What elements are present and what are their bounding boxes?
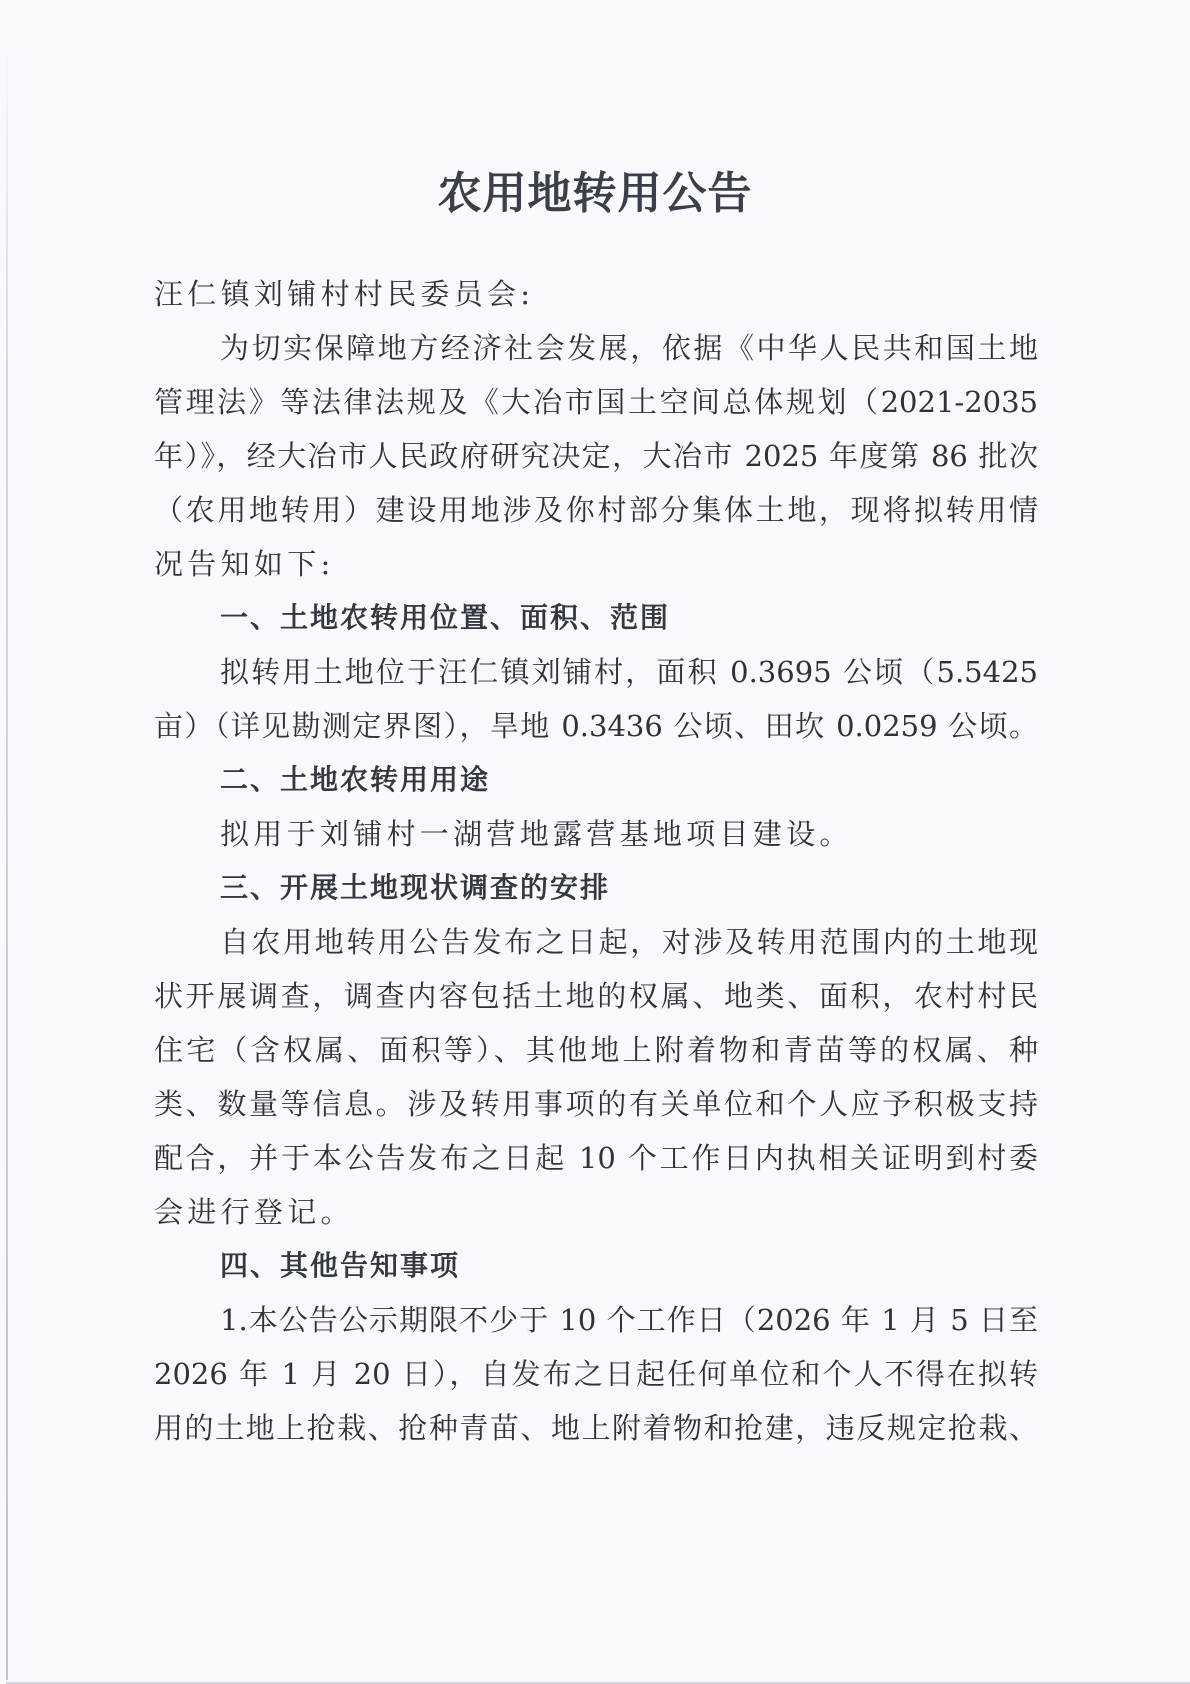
section-2-heading: 二、土地农转用用途 [220, 760, 1038, 800]
section-4-line-3: 用的土地上抢栽、抢种青苗、地上附着物和抢建，违反规定抢栽、 [154, 1408, 1038, 1448]
document-title: 农用地转用公告 [0, 166, 1190, 222]
intro-line-1: 为切实保障地方经济社会发展，依据《中华人民共和国土地 [220, 328, 1038, 368]
section-1-line-1: 拟转用土地位于汪仁镇刘铺村，面积 0.3695 公顷（5.5425 [220, 652, 1038, 692]
addressee: 汪仁镇刘铺村村民委员会: [154, 274, 1038, 314]
section-3-line-6: 会进行登记。 [154, 1192, 1038, 1232]
section-3-line-5: 配合，并于本公告发布之日起 10 个工作日内执相关证明到村委 [154, 1138, 1038, 1178]
intro-line-5: 况告知如下: [154, 544, 1038, 584]
section-2-line-1: 拟用于刘铺村一湖营地露营基地项目建设。 [220, 814, 1038, 854]
section-1-heading: 一、土地农转用位置、面积、范围 [220, 598, 1038, 638]
section-3-line-2: 状开展调查，调查内容包括土地的权属、地类、面积，农村村民 [154, 976, 1038, 1016]
section-3-line-3: 住宅（含权属、面积等）、其他地上附着物和青苗等的权属、种 [154, 1030, 1038, 1070]
section-3-line-1: 自农用地转用公告发布之日起，对涉及转用范围内的土地现 [220, 922, 1038, 962]
section-4-line-1: 1.本公告公示期限不少于 10 个工作日（2026 年 1 月 5 日至 [220, 1300, 1038, 1340]
section-4-line-2: 2026 年 1 月 20 日），自发布之日起任何单位和个人不得在拟转 [154, 1354, 1038, 1394]
document-page: 农用地转用公告 汪仁镇刘铺村村民委员会: 为切实保障地方经济社会发展，依据《中华… [0, 0, 1190, 1684]
section-3-line-4: 类、数量等信息。涉及转用事项的有关单位和个人应予积极支持 [154, 1084, 1038, 1124]
intro-line-4: （农用地转用）建设用地涉及你村部分集体土地，现将拟转用情 [154, 490, 1038, 530]
section-3-heading: 三、开展土地现状调查的安排 [220, 868, 1038, 908]
section-4-heading: 四、其他告知事项 [220, 1246, 1038, 1286]
intro-line-3: 年）》，经大冶市人民政府研究决定，大冶市 2025 年度第 86 批次 [154, 436, 1038, 476]
intro-line-2: 管理法》等法律法规及《大冶市国土空间总体规划（2021-2035 [154, 382, 1038, 422]
section-1-line-2: 亩）（详见勘测定界图），旱地 0.3436 公顷、田坎 0.0259 公顷。 [154, 706, 1038, 746]
